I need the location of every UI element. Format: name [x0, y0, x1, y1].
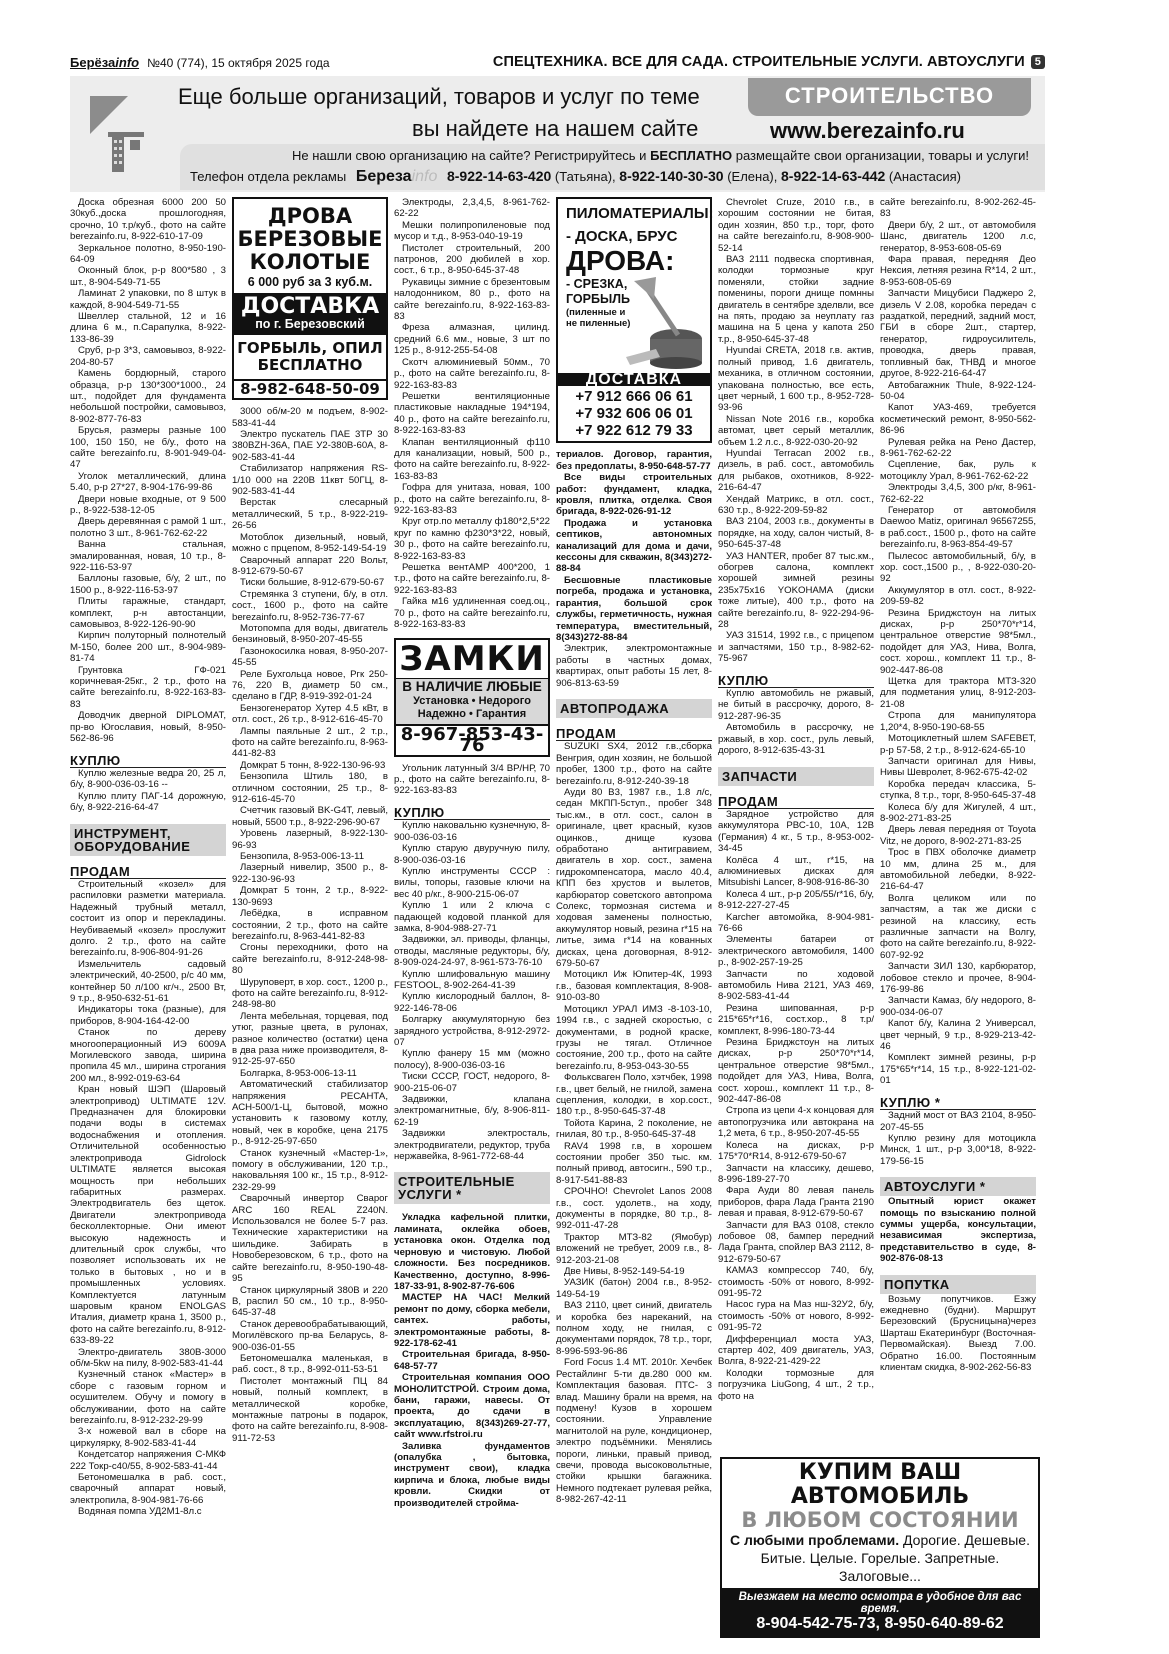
list-item: Гайка м16 удлиненная соед.оц., 70 р., фо…	[394, 596, 550, 630]
list-item: Реле Бухгольца новое, Ргк 250-76, 220 В,…	[232, 669, 388, 703]
list-item: Зеркальное полотно, 8-950-190-64-09	[70, 243, 226, 266]
column-1: Доска обрезная 6000 200 50 30куб.,доска …	[70, 197, 226, 1518]
list-item: Бетономешалка маленькая, в раб. сост., 8…	[232, 1353, 388, 1376]
list-item: Капот УАЗ-469, требуется косметический р…	[880, 402, 1036, 436]
list-item: Стропа для манипулятора 1,20*4, 8-950-19…	[880, 710, 1036, 733]
page-number: 5	[1031, 55, 1045, 69]
ad-firewood-price: 6 000 руб за 3 куб.м.	[234, 274, 386, 293]
list-item: Куплю 1 или 2 ключа с падающей кодовой п…	[394, 900, 550, 934]
list-item: Автомобиль в рассрочку, не ржавый, в хор…	[718, 722, 874, 756]
ad-lumber: ПИЛОМАТЕРИАЛЫ: - ДОСКА, БРУС ДРОВА: - СР…	[556, 197, 712, 443]
list-item: Лампы паяльные 2 шт., 2 т.р., фото на са…	[232, 726, 388, 760]
list-item: Плиты гаражные, стандарт, комплект, р-н …	[70, 596, 226, 630]
column-2: ДРОВА БЕРЕЗОВЫЕ КОЛОТЫЕ 6 000 руб за 3 к…	[232, 197, 388, 1444]
list-item: Сцепление, бак, руль к мотоциклу Урал, 8…	[880, 459, 1036, 482]
list-item: Сруб, р-р 3*3, самовывоз, 8-922-204-80-5…	[70, 345, 226, 368]
list-item: Мотоциклетный шлем SAFEBET, р-р 57-58, 2…	[880, 733, 1036, 756]
ad-phones: Телефон отдела рекламы Березаinfo 8-922-…	[190, 168, 961, 186]
list-item: Опытный юрист окажет помощь по взысканию…	[880, 1196, 1036, 1264]
list-item: Две Нивы, 8-952-149-54-19	[556, 1266, 712, 1277]
list-item: Капот б/у, Калина 2 Универсал, цвет черн…	[880, 1018, 1036, 1052]
list-item: Пистолет строительный, 200 патронов, 200…	[394, 243, 550, 277]
list-item: Кузнечный станок «Мастер» в сборе с газо…	[70, 1369, 226, 1426]
list-item: ВАЗ 2110, цвет синий, двигатель и коробк…	[556, 1300, 712, 1357]
list-item: Тиски большие, 8-912-679-50-67	[232, 577, 388, 588]
list-item: Куплю инструменты СССР : вилы, топоры, г…	[394, 866, 550, 900]
list-item: Камень бордюрный, старого образца, р-р 1…	[70, 368, 226, 425]
list-item: Запчасти для ВАЗ 0108, стекло лобовое 08…	[718, 1220, 874, 1266]
section-heading-prodam: ПРОДАМ	[718, 796, 874, 809]
list-item: Сгоны переходники, фото на сайте berezai…	[232, 942, 388, 976]
list-item: Автобагажник Thule, 8-922-124-50-04	[880, 380, 1036, 403]
list-item: Коробка передач классика, 5-ступка, 8 т.…	[880, 779, 1036, 802]
list-item: Стропа из цепи 4-х концовая для автопогр…	[718, 1105, 874, 1139]
site-link[interactable]: www.berezainfo.ru	[770, 118, 965, 144]
list-item: Дверь деревянная с рамой 1 шт., полотно …	[70, 516, 226, 539]
ad-car-offer: Выезжаем на место осмотра в удобное для …	[722, 1588, 1038, 1636]
list-item: ВАЗ 2104, 2003 г.в., документы в порядке…	[718, 516, 874, 550]
ad-locks-features: Установка • НедорогоНадежно • Гарантия	[396, 695, 548, 724]
list-item: Уголок металлический, длина 5.40, р-р 27…	[70, 471, 226, 494]
list-item: Газонокосилка новая, 8-950-207-45-55	[232, 646, 388, 669]
list-item: Электро пускатель ПАЕ 3ТР 30 380BZH-36A,…	[232, 429, 388, 463]
list-item: Мотоблок дизельный, новый, можно с прцеп…	[232, 532, 388, 555]
page-header: Берёзаinfo №40 (774), 15 октября 2025 го…	[70, 52, 1045, 72]
list-item: Сварочный инвертор Сварог ARC 160 REAL Z…	[232, 1193, 388, 1284]
ad-locks-phone: 8-967-853-43-76	[396, 724, 548, 755]
list-item: Запчасти по ходовой автомобиль Нива 2121…	[718, 969, 874, 1003]
ad-firewood-phone: 8-982-648-50-09	[234, 381, 386, 398]
list-item: Лебёдка, в исправном состоянии, 2 т.р., …	[232, 908, 388, 942]
list-item: Hyundai Terracan 2002 г.в., дизель, в ра…	[718, 448, 874, 494]
section-heading-autosale: АВТОПРОДАЖА	[556, 699, 712, 718]
banner-headline: Еще больше организаций, товаров и услуг …	[178, 84, 700, 110]
list-item: Гофра для унитаза, новая, 100 р., фото н…	[394, 482, 550, 516]
list-item: RAV4 1998 г.в, в хорошем состоянии пробе…	[556, 1141, 712, 1187]
list-item: Кирпич полуторный полнотелый М-150, боле…	[70, 630, 226, 664]
list-item: Рулевая рейка на Рено Дастер, 8-961-762-…	[880, 437, 1036, 460]
list-item: Электроды, 2,3,4,5, 8-961-762-62-22	[394, 197, 550, 220]
list-item: Продажа и установка септиков, автономных…	[556, 518, 712, 575]
list-item: Доска обрезная 6000 200 50 30куб.,доска …	[70, 197, 226, 243]
list-item: Рукавицы зимние с брезентовым налодонник…	[394, 277, 550, 323]
list-item: Резина шипованная, р-р 215*65*r*16, сост…	[718, 1003, 874, 1037]
list-item: УАЗИК (батон) 2004 г.в., 8-952-149-54-19	[556, 1277, 712, 1300]
section-heading-services: СТРОИТЕЛЬНЫЕ УСЛУГИ *	[394, 1172, 550, 1204]
list-item: Резина Бриджстоун на литых дисках, р-р 2…	[718, 1037, 874, 1105]
ad-firewood-free: ГОРБЫЛЬ, ОПИЛ БЕСПЛАТНО	[234, 335, 386, 381]
list-item: Генератор от автомобиля Daewoo Matiz, ор…	[880, 505, 1036, 551]
list-item: Волга целиком или по запчастям, а так же…	[880, 893, 1036, 961]
list-item: Двери б/у, 2 шт., от автомобиля Шанс, дв…	[880, 220, 1036, 254]
list-item: Домкрат 5 тонн, 2 т.р., 8-922-130-9693	[232, 885, 388, 908]
section-heading-kuplyu: КУПЛЮ	[718, 675, 874, 688]
ad-car-line4: Битые. Целые. Горелые. Запретные. Залого…	[722, 1549, 1038, 1588]
list-item: Фольксваген Поло, хэтчбек, 1998 г.в., цв…	[556, 1072, 712, 1118]
list-item: Куплю наковальню кузнечную, 8-900-036-03…	[394, 820, 550, 843]
list-item: Колодки тормозные для погрузчика LiuGong…	[718, 1368, 874, 1402]
list-item: Круг отр.по металлу ф180*2,5*22 круг по …	[394, 516, 550, 562]
list-item: Двери новые входные, от 9 500 р., 8-922-…	[70, 494, 226, 517]
list-item: Трактор МТЗ-82 (Ямобур) вложений не треб…	[556, 1232, 712, 1266]
list-item: Строительная компания ООО МОНОЛИТСТРОЙ. …	[394, 1372, 550, 1440]
strip-logo: Березаinfo	[356, 168, 438, 185]
list-item: Chevrolet Cruze, 2010 г.в., в хорошим со…	[718, 197, 874, 254]
list-item: Зарядное устройство для аккумулятора РВС…	[718, 809, 874, 855]
list-item: Куплю автомобиль не ржавый, не битый в р…	[718, 688, 874, 722]
list-item: Колёса 4 шт., r*15, на алюминиевых диска…	[718, 855, 874, 889]
list-item: Куплю резину для мотоцикла Минск, 1 шт.,…	[880, 1133, 1036, 1167]
list-item: МАСТЕР НА ЧАС! Мелкий ремонт по дому, сб…	[394, 1292, 550, 1349]
list-item: Куплю старую двуручную пилу, 8-900-036-0…	[394, 843, 550, 866]
list-item: Тиски СССР, ГОСТ, недорого, 8-900-215-06…	[394, 1071, 550, 1094]
list-item: Грунтовка ГФ-021 коричневая-25кг., 2 т.р…	[70, 665, 226, 711]
list-item: ВАЗ 2111 подвеска спортивная, колодки то…	[718, 254, 874, 345]
list-item: Строительная бригада, 8-950-648-57-77	[394, 1349, 550, 1372]
list-item: Колеса б/у для Жигулей, 4 шт., 8-902-271…	[880, 802, 1036, 825]
ad-firewood: ДРОВА БЕРЕЗОВЫЕ КОЛОТЫЕ 6 000 руб за 3 к…	[232, 197, 388, 400]
section-heading-prodam: ПРОДАМ	[70, 866, 226, 879]
section-heading-kuplyu: КУПЛЮ *	[880, 1097, 1036, 1110]
promo-banner: Еще больше организаций, товаров и услуг …	[70, 76, 1045, 192]
ad-locks-title: ЗАМКИ	[396, 640, 548, 678]
list-item: КАМАЗ компрессор 740, б/у, стоимость -50…	[718, 1265, 874, 1299]
list-item: Karcher автомойка, 8-904-981-76-66	[718, 912, 874, 935]
list-item: Станок кузнечный «Мастер-1», помогу в об…	[232, 1148, 388, 1194]
column-5: Chevrolet Cruze, 2010 г.в., в хорошим со…	[718, 197, 874, 1402]
axe-stump-icon	[626, 277, 704, 369]
list-item: Строительный «козел» для распиловки разм…	[70, 879, 226, 959]
list-item: Бензопила Штиль 180, в отличном состояни…	[232, 771, 388, 805]
list-item: Бензопила, 8-953-006-13-11	[232, 851, 388, 862]
list-item: СРОЧНО! Chevrolet Lanos 2008 г.в., сост.…	[556, 1186, 712, 1232]
list-item: Доводчик дверной DIPLOMAT, пр-во Югослав…	[70, 710, 226, 744]
list-item: Колеса 4 шт., р-р 205/55/r*16, б/у, 8-91…	[718, 889, 874, 912]
list-item: Мотоцикл УРАЛ ИМЗ -8-103-10, 1994 г.в., …	[556, 1004, 712, 1072]
list-item: SUZUKI SX4, 2012 г.в.,сборка Венгрия, од…	[556, 741, 712, 787]
list-item: Дифференциал моста УАЗ, стартер 402, 409…	[718, 1334, 874, 1368]
list-item: Тойота Карина, 2 поколение, не гнилая, 8…	[556, 1118, 712, 1141]
list-item: Счетчик газовый BK-G4T, левый, новый, 55…	[232, 805, 388, 828]
list-item: Ауди 80 В3, 1987 г.в., 1.8 л/с, седан МК…	[556, 787, 712, 970]
list-item: Электрик, электромонтажные работы в част…	[556, 643, 712, 689]
list-item: Кран новый ШЭП (Шаровый электропривод) U…	[70, 1084, 226, 1346]
list-item: Станок циркулярный 380В и 220 В, распил …	[232, 1285, 388, 1319]
brand-logo: Берёзаinfo	[70, 55, 139, 70]
list-item: Болгарку аккумуляторную без зарядного ус…	[394, 1014, 550, 1048]
list-item: Фреза алмазная, цилинд. средний 6.6 мм.,…	[394, 322, 550, 356]
section-heading-poputka: ПОПУТКА	[880, 1275, 1036, 1294]
list-item: Бесшовные пластиковые погреба, продажа и…	[556, 575, 712, 643]
section-heading-tools: ИНСТРУМЕНТ, ОБОРУДОВАНИЕ	[70, 824, 226, 856]
list-item: Измельчитель садовый электрический, 40-2…	[70, 959, 226, 1005]
list-item: Куплю плиту ПАГ-14 дорожную, б/у, 8-922-…	[70, 791, 226, 814]
list-item: Куплю кислородный баллон, 8-922-146-78-0…	[394, 991, 550, 1014]
list-item: Фара правая, передняя Део Нексия, летняя…	[880, 254, 1036, 288]
ad-car-line3: С любыми проблемами. Дорогие. Дешевые.	[722, 1531, 1038, 1549]
list-item: Запчасти Мицубиси Паджеро 2, дизель V 2.…	[880, 288, 1036, 379]
list-item: Электроды 3,4,5, 300 р/кг, 8-961-762-62-…	[880, 482, 1036, 505]
list-item: Ford Focus 1.4 MT. 2010г. Хечбек Рестайл…	[556, 1357, 712, 1505]
list-item: Насос гура на Маз нш-32У2, б/у, стоимост…	[718, 1299, 874, 1333]
section-heading-parts: ЗАПЧАСТИ	[718, 767, 874, 786]
list-item: Возьму попутчиков. Езжу ежедневно (будни…	[880, 1294, 1036, 1374]
list-item: Заливка фундаментов (опалубка , бытовка,…	[394, 1441, 550, 1509]
list-item: Ламинат 2 упаковки, по 8 штук в каждой, …	[70, 288, 226, 311]
list-item: Колеса на дисках, р-р 175*70*R14, 8-912-…	[718, 1140, 874, 1163]
list-item: Решетка вентAMP 400*200, 1 т.р., фото на…	[394, 562, 550, 596]
list-item: УАЗ HANTER, пробег 87 тыс.км., обогрев с…	[718, 551, 874, 631]
list-item: Запчасти на классику, дешево, 8-996-189-…	[718, 1163, 874, 1186]
list-item: Мотопомпа для воды, двигатель бензиновый…	[232, 623, 388, 646]
issue-info: №40 (774), 15 октября 2025 года	[147, 56, 329, 70]
list-item: Станок по дереву многооперационный ИЭ 60…	[70, 1027, 226, 1084]
list-item: Домкрат 5 тонн, 8-922-130-96-93	[232, 760, 388, 771]
list-item: Hyundai CRETA, 2018 г.в. актив, полный п…	[718, 345, 874, 413]
list-item: Станок деревообрабатывающий, Могилёвског…	[232, 1319, 388, 1353]
ad-locks: ЗАМКИ В НАЛИЧИЕ ЛЮБЫЕ Установка • Недоро…	[394, 638, 550, 756]
list-item: Шуруповерт, в хор. сост., 1200 р., фото …	[232, 977, 388, 1011]
list-item: Стабилизатор напряжения RS-1/10 000 на 2…	[232, 463, 388, 497]
list-item: Баллоны газовые, б/у, 2 шт., по 1500 р.,…	[70, 573, 226, 596]
column-4: ПИЛОМАТЕРИАЛЫ: - ДОСКА, БРУС ДРОВА: - СР…	[556, 197, 712, 1506]
category-tag: СТРОИТЕЛЬСТВО	[748, 78, 1031, 116]
list-item: Водяная помпа УД2М1-8л.с	[70, 1506, 226, 1517]
list-item: Запчасти ЗИЛ 130, карбюратор, лобовое ст…	[880, 961, 1036, 995]
list-item: Куплю железные ведра 20, 25 л, б/у, 8-90…	[70, 768, 226, 791]
crane-icon	[108, 128, 144, 174]
section-heading-kuplyu: КУПЛЮ	[70, 755, 226, 768]
column-6: сайте berezainfo.ru, 8-902-262-45-83Двер…	[880, 197, 1036, 1373]
ad-car-buyout: КУПИМ ВАШ АВТОМОБИЛЬ В ЛЮБОМ СОСТОЯНИИ С…	[720, 1457, 1040, 1638]
ad-car-phones: 8-904-542-75-73, 8-950-640-89-62	[722, 1615, 1038, 1633]
list-item: Nissan Note 2016 г.в., коробка автомат, …	[718, 414, 874, 448]
list-item: Стремянка 3 ступени, б/у, в отл. сост., …	[232, 589, 388, 623]
list-item: Куплю шлифовальную машину FESTOOL, 8-902…	[394, 969, 550, 992]
list-item: Все виды строительных работ: фундамент, …	[556, 472, 712, 518]
ad-firewood-delivery: ДОСТАВКА по г. Березовский	[234, 293, 386, 334]
list-item: 3-х ножевой вал в сборе на циркулярку, 8…	[70, 1426, 226, 1449]
ad-car-title: КУПИМ ВАШ АВТОМОБИЛЬ	[722, 1459, 1038, 1509]
list-item: Автоматический стабилизатор напряжения Р…	[232, 1079, 388, 1147]
list-item: Фара Ауди 80 левая панель приборов, фара…	[718, 1185, 874, 1219]
section-heading-prodam: ПРОДАМ	[556, 728, 712, 741]
list-item: Лента мебельная, торцевая, под утюг, раз…	[232, 1011, 388, 1068]
list-item: Резина Бриджстоун на литых дисках, р-р 2…	[880, 608, 1036, 676]
list-item: Брусья, размеры разные 100 100, 150 150,…	[70, 425, 226, 471]
list-item: Швеллер стальной, 12 и 16 длина 6 м., п.…	[70, 311, 226, 345]
list-item: Болгарка, 8-953-006-13-11	[232, 1068, 388, 1079]
list-item: Лазерный нивелир, 3500 р., 8-922-130-96-…	[232, 862, 388, 885]
section-heading-autoservice: АВТОУСЛУГИ *	[880, 1177, 1036, 1196]
list-item: Пылесос автомобильный, б/у, в хор. сост.…	[880, 551, 1036, 585]
list-item: Элементы батареи от электрического автом…	[718, 934, 874, 968]
section-titles: СПЕЦТЕХНИКА. ВСЕ ДЛЯ САДА. СТРОИТЕЛЬНЫЕ …	[493, 54, 1025, 70]
list-item: Запчасти Камаз, б/у недорого, 8-900-034-…	[880, 995, 1036, 1018]
column-3: Электроды, 2,3,4,5, 8-961-762-62-22Мешки…	[394, 197, 550, 1509]
list-item: Укладка кафельной плитки, ламината, окле…	[394, 1212, 550, 1292]
list-item: Оконный блок, р-р 800*580 , 3 шт., 8-904…	[70, 265, 226, 288]
list-item: Скотч алюминиевый 50мм., 70 р., фото на …	[394, 357, 550, 391]
banner-subline: вы найдете на нашем сайте	[412, 116, 698, 142]
section-heading-kuplyu: КУПЛЮ	[394, 807, 550, 820]
list-item: Задвижки, клапана электромагнитные, б/у,…	[394, 1094, 550, 1128]
list-item: Индикаторы тока (разные), для приборов, …	[70, 1004, 226, 1027]
list-item: Клапан вентиляционный ф110 для канализац…	[394, 437, 550, 483]
list-item: УАЗ 31514, 1992 г.в., с прицепом и запча…	[718, 630, 874, 664]
list-item: Уровень лазерный, 8-922-130-96-93	[232, 828, 388, 851]
list-item: Запчасти оригинал для Нивы, Нивы Шевроле…	[880, 756, 1036, 779]
list-item: Задний мост от ВАЗ 2104, 8-950-207-45-55	[880, 1110, 1036, 1133]
ad-firewood-title: ДРОВА БЕРЕЗОВЫЕ КОЛОТЫЕ	[234, 199, 386, 274]
list-item: Хендай Матрикс, в отл. сост., 630 т.р., …	[718, 494, 874, 517]
register-strip: Не нашли свою организацию на сайте? Реги…	[180, 144, 1045, 190]
list-item: Мотоцикл Иж Юпитер-4К, 1993 г.в., базова…	[556, 969, 712, 1003]
ad-car-subtitle: В ЛЮБОМ СОСТОЯНИИ	[722, 1509, 1038, 1531]
list-item: Бензогенератор Хутер 4.5 кВт, в отл. сос…	[232, 703, 388, 726]
list-item: Задвижки, эл. приводы, фланцы, отводы, м…	[394, 934, 550, 968]
ad-locks-subtitle: В НАЛИЧИЕ ЛЮБЫЕ	[396, 678, 548, 694]
list-item: Аккумулятор в отл. сост., 8-922-209-59-8…	[880, 585, 1036, 608]
list-item: Кондетсатор напряжения С-МКФ 222 Токр-с4…	[70, 1449, 226, 1472]
list-item: Мешки полипропиленовые под мусор и т.д.,…	[394, 220, 550, 243]
register-text: Не нашли свою организацию на сайте? Реги…	[292, 148, 1029, 163]
list-item: Куплю фанеру 15 мм (можно полосу), 8-900…	[394, 1048, 550, 1071]
list-item: Сварочный аппарат 220 Вольт, 8-912-679-5…	[232, 555, 388, 578]
list-item: Угольник латунный 3/4 ВР/НР, 70 р., фото…	[394, 763, 550, 797]
list-item: Ванна стальная, эмалированная, новая, 10…	[70, 539, 226, 573]
list-item: сайте berezainfo.ru, 8-902-262-45-83	[880, 197, 1036, 220]
list-item: Щетка для трактора МТЗ-320 для подметани…	[880, 676, 1036, 710]
list-item: Трос в ПВХ оболочке диаметр 10 мм, длина…	[880, 847, 1036, 893]
list-item: Бетономешалка в раб. сост., сварочный ап…	[70, 1472, 226, 1506]
list-item: Решетки вентиляционные пластиковые накла…	[394, 391, 550, 437]
list-item: Электро-двигатель 380В-3000 об/м-5kw на …	[70, 1347, 226, 1370]
list-item: Дверь левая передняя от Toyota Vitz, не …	[880, 824, 1036, 847]
list-item: Задвижки электросталь, электродвигатели,…	[394, 1128, 550, 1162]
list-item: Комплект зимней резины, р-р 175*65*r*14,…	[880, 1052, 1036, 1086]
list-item: 3000 об/м-20 м подъем, 8-902-583-41-44	[232, 406, 388, 429]
list-item: Верстак слесарный металлический, 5 т.р.,…	[232, 497, 388, 531]
list-item: териалов. Договор, гарантия, без предопл…	[556, 449, 712, 472]
list-item: Пистолет монтажный ПЦ 84 новый, полный к…	[232, 1376, 388, 1444]
